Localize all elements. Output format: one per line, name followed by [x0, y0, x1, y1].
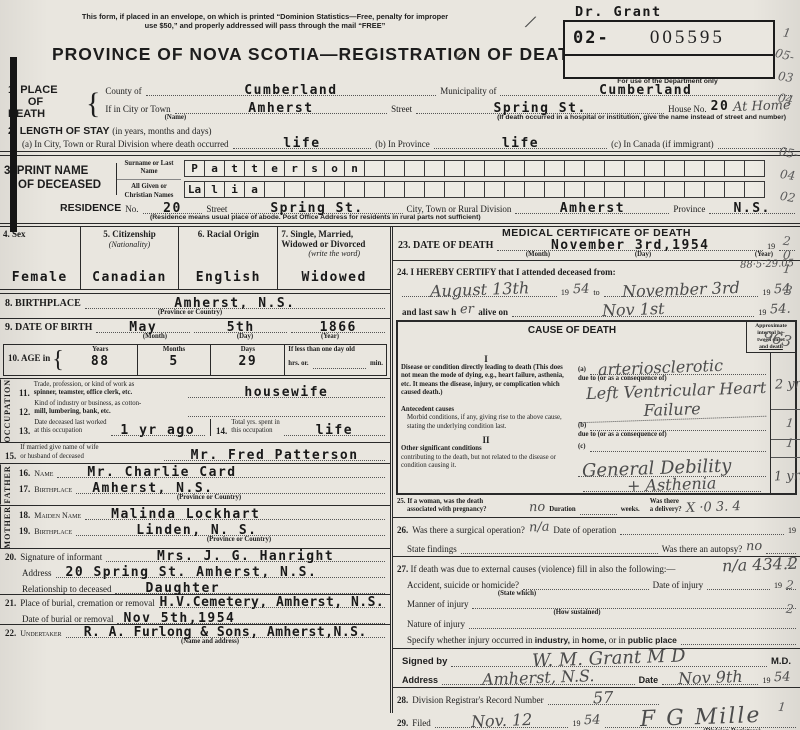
external-causes-section: 27. If death was due to external causes …: [393, 559, 800, 645]
specify-2: industry,: [535, 635, 570, 645]
state-which-hint: (State which): [457, 590, 577, 598]
y19-print: 19: [767, 242, 775, 251]
antecedent-label-2: Morbid conditions, if any, giving rise t…: [401, 414, 571, 431]
birthplace-label: Birthplace: [15, 298, 81, 309]
min-label: min.: [370, 360, 383, 368]
cause-a-value: arteriosclerotic: [598, 358, 724, 378]
medical-column: MEDICAL CERTIFICATE OF DEATH 23. DATE OF…: [393, 227, 800, 713]
specify-4: home,: [582, 635, 607, 645]
s2b-value: life: [502, 137, 539, 150]
s8-number: 8.: [5, 298, 13, 309]
s15-row: 15. If married give name of wife or husb…: [0, 442, 390, 461]
dod-month-hint: (Month): [503, 251, 573, 259]
specify-6: public place: [628, 635, 677, 645]
years-value: 88: [64, 354, 137, 369]
operation-section: 26. Was there a surgical operation? n/a …: [393, 520, 800, 554]
municipality-label: Municipality of: [440, 86, 496, 96]
serial-number: 005595: [610, 27, 765, 49]
date-of-birth-row: 9. Date of Birth May 5th 1866: [0, 321, 390, 333]
pregnancy-answer: no: [529, 499, 546, 515]
letter-cell: i: [224, 181, 245, 198]
s18-number: 18.: [19, 510, 30, 520]
given-names-label: All Given or Christian Names: [117, 180, 181, 200]
surname-letter-grid: Patterson: [184, 160, 796, 177]
birthplace-value: Amherst, N.S.: [174, 297, 295, 310]
margin-scribble: 04: [777, 91, 795, 108]
father-group: FATHER 16. Name Mr. Charlie Card 17. Bir…: [0, 463, 390, 504]
residence-province-value: N.S.: [734, 202, 771, 215]
hospital-hint: (If death occurred in a hospital or inst…: [250, 114, 796, 122]
operation-date-label: Date of operation: [553, 525, 616, 535]
s20-number: 20.: [5, 552, 16, 562]
nature-label: Nature of injury: [407, 619, 465, 629]
form-header: This form, if placed in an envelope, on …: [0, 0, 800, 84]
interval-other-value: 1 yr.: [774, 468, 800, 484]
days-label: Days: [211, 346, 284, 354]
letter-cell: [384, 160, 405, 177]
y19-f: 19: [762, 676, 770, 685]
filed-date-value: Nov. 12: [471, 712, 533, 730]
less-than-day-label: If less than one day old: [288, 346, 383, 354]
letter-cell: t: [244, 160, 265, 177]
doctor-name: Dr. Grant: [575, 4, 662, 20]
s17-row: 17. Birthplace Amherst, N.S.: [14, 482, 390, 494]
residence-province-label: Province: [673, 204, 705, 214]
letter-cell: [584, 160, 605, 177]
s12-number: 12.: [19, 407, 30, 417]
autopsy-label: Was there an autopsy?: [662, 544, 743, 554]
s11-label-1: Trade, profession, or kind of work as: [34, 381, 135, 388]
cause-of-death-title: CAUSE OF DEATH: [398, 322, 746, 353]
letter-cell: e: [264, 160, 285, 177]
operation-answer: n/a: [529, 519, 550, 535]
mother-group: MOTHER 18. Maiden Name Malinda Lockhart …: [0, 505, 390, 548]
s19-row: 19. Birthplace Linden, N. S.: [14, 524, 390, 536]
burial-place-value: H.V.Cemetery, Amherst, N.S.: [159, 596, 384, 609]
maiden-name-label: Maiden Name: [34, 511, 81, 520]
letter-cell: [724, 160, 745, 177]
letter-cell: [744, 160, 765, 177]
due-to-hint-2: due to (or as a consequence of): [578, 431, 766, 439]
divider: [0, 289, 390, 294]
burial-section: 21. Place of burial, cremation or remova…: [0, 594, 390, 624]
letter-cell: [424, 160, 445, 177]
autopsy-answer: no: [746, 538, 763, 554]
last-saw-label-2: alive on: [478, 307, 508, 317]
section-length-of-stay: 2. LENGTH OF STAY (in years, months and …: [0, 124, 800, 151]
date-of-death-label: DATE OF DEATH: [413, 240, 493, 251]
delivery-label-2: a delivery?: [650, 506, 682, 513]
age-box: 10. AGE in { Years 88 Months 5 Days 29: [3, 344, 387, 376]
s1-label-1: PLACE: [20, 84, 57, 96]
margin-scribble: 03: [777, 69, 794, 85]
s11-row: 11. Trade, profession, or kind of work a…: [14, 381, 390, 398]
attended-from-value: August 13th: [430, 280, 530, 299]
signed-by-label: Signed by: [402, 656, 447, 667]
y19-a: 19: [561, 288, 569, 297]
months-value: 5: [138, 354, 211, 369]
record-number-label: Division Registrar's Record Number: [412, 695, 543, 705]
y19-g: 19: [572, 719, 580, 728]
disease-label: Disease or condition directly leading to…: [401, 364, 531, 371]
y19-c: 19: [758, 308, 766, 317]
physician-address-value: Amherst, N.S.: [482, 668, 595, 688]
s24-number: 24.: [397, 267, 408, 277]
s15-number: 15.: [5, 451, 16, 461]
letter-cell: r: [284, 160, 305, 177]
form-title: PROVINCE OF NOVA SCOTIA—REGISTRATION OF …: [52, 44, 583, 65]
s2a-label: (a) In City, Town or Rural Division wher…: [22, 139, 229, 149]
name-hint: (Name): [100, 114, 250, 122]
brace: {: [86, 84, 100, 124]
racial-origin-value: English: [196, 270, 261, 287]
letter-cell: [464, 160, 485, 177]
letter-cell: a: [204, 160, 225, 177]
margin-scribble: 1: [782, 262, 791, 277]
letter-cell: [484, 160, 505, 177]
residence-no-label: No.: [125, 204, 138, 214]
s2-paren: (in years, months and days): [112, 126, 211, 136]
age-label: AGE in: [21, 353, 50, 363]
margin-scribble: 0: [782, 248, 791, 263]
date-of-death-row: 23. DATE OF DEATH November 3rd,1954 19: [393, 239, 800, 251]
specify-5: or in: [607, 635, 628, 645]
informant-address-label: Address: [22, 568, 52, 578]
other-label-2: contributing to the death, but not relat…: [401, 454, 556, 469]
s6-number: 6.: [198, 229, 205, 239]
last-saw-label-1: and last saw h: [402, 307, 456, 317]
signed-date-value: Nov 9th: [678, 669, 743, 687]
letter-cell: [444, 181, 465, 198]
marital-label-2: Widowed or Divorced: [281, 239, 365, 249]
letter-cell: [684, 181, 705, 198]
s2a-value: life: [283, 137, 320, 150]
s10-number: 10.: [8, 353, 19, 363]
physician-address-label: Address: [402, 675, 438, 685]
her-handwritten: er: [460, 302, 474, 317]
letter-cell: [504, 181, 525, 198]
house-no-value: 20: [711, 99, 730, 114]
department-use-caption: For use of the Department only: [580, 78, 755, 86]
letter-cell: [484, 181, 505, 198]
how-sustained-hint: (How sustained): [517, 609, 637, 617]
residence-city-label: City, Town or Rural Division: [407, 204, 512, 214]
county-value: Cumberland: [244, 84, 337, 97]
informant-value: Mrs. J. G. Hanright: [157, 550, 334, 563]
certify-section: 24. I HEREBY CERTIFY that I attended dec…: [393, 261, 800, 318]
dod-hints: (Month) (Day) (Year): [393, 251, 800, 259]
letter-cell: [424, 181, 445, 198]
accident-label: Accident, suicide or homicide?: [407, 580, 519, 590]
death-certificate-form: This form, if placed in an envelope, on …: [0, 0, 800, 730]
father-side-label: FATHER: [0, 464, 14, 504]
letter-cell: [324, 181, 345, 198]
signed-year: 54: [774, 669, 791, 685]
letter-cell: t: [224, 160, 245, 177]
residence-row: RESIDENCE No. 20 Street Spring St. City,…: [0, 202, 800, 214]
letter-cell: [564, 181, 585, 198]
total-years-value: life: [316, 424, 353, 437]
y19-e: 19: [774, 581, 782, 590]
surname-label: Surname or Last Name: [117, 158, 181, 181]
s22-number: 22.: [5, 628, 16, 638]
s16-number: 16.: [19, 468, 30, 478]
last-saw-date: Nov 1st: [602, 301, 665, 319]
s11-label-2: spinner, teamster, office clerk, etc.: [34, 389, 132, 396]
s3-label-2: OF DECEASED: [4, 179, 101, 191]
s4-number: 4.: [3, 229, 10, 239]
informant-section: 20. Signature of informant Mrs. J. G. Ha…: [0, 548, 390, 594]
to-label: to: [593, 288, 599, 297]
hrs-label: hrs. or.: [288, 360, 308, 368]
mother-side-label: MOTHER: [0, 506, 14, 548]
filed-year: 54: [584, 712, 601, 728]
years-label: Years: [64, 346, 137, 354]
operation-q: Was there a surgical operation?: [412, 525, 525, 535]
s14-label-1: Total yrs. spent in: [231, 419, 280, 426]
marital-paren: (write the word): [281, 249, 387, 258]
days-value: 29: [211, 354, 284, 369]
letter-cell: [344, 181, 365, 198]
letter-cell: [724, 181, 745, 198]
racial-origin-label: Racial Origin: [207, 229, 259, 239]
s13-label-1: Date deceased last worked: [34, 419, 106, 426]
letter-cell: [404, 160, 425, 177]
citizenship-paren: (Nationality): [109, 240, 150, 249]
letter-cell: [644, 181, 665, 198]
pregnancy-q1: If a woman, was the death: [407, 498, 483, 505]
margin-scribble: 2: [785, 602, 794, 617]
injury-date-label: Date of injury: [653, 580, 703, 590]
findings-label: State findings: [407, 544, 457, 554]
occupation-side-label: OCCUPATION: [0, 379, 14, 442]
father-birthplace-label: Birthplace: [34, 485, 72, 494]
s12-label-2: mill, lumbering, bank, etc.: [34, 408, 110, 415]
s14-label-2: this occupation: [231, 427, 272, 434]
margin-scribble: 1: [785, 436, 794, 451]
street-label: Street: [391, 104, 412, 114]
marital-label-1: Single, Married,: [290, 229, 353, 239]
sex-citizenship-row: 4. Sex Female 5. Citizenship (Nationalit…: [0, 227, 390, 289]
letter-cell: [744, 181, 765, 198]
other-significant-value-2: + Asthenia: [627, 475, 717, 494]
marital-value: Widowed: [302, 270, 367, 287]
y19-b: 19: [762, 288, 770, 297]
antecedent-label-1: Antecedent causes: [401, 406, 454, 413]
s28-number: 28.: [397, 695, 408, 705]
letter-cell: [704, 181, 725, 198]
letter-cell: [624, 160, 645, 177]
s7-number: 7.: [281, 229, 288, 239]
last-saw-year: 54.: [770, 302, 791, 318]
citizenship-label: Citizenship: [112, 229, 156, 239]
letter-cell: [544, 160, 565, 177]
form-body-columns: 4. Sex Female 5. Citizenship (Nationalit…: [0, 227, 800, 713]
personal-column: 4. Sex Female 5. Citizenship (Nationalit…: [0, 227, 393, 713]
weeks-label: weeks.: [621, 506, 640, 514]
house-no-label: House No.: [668, 104, 707, 114]
other-label-1: Other significant conditions: [401, 445, 482, 452]
dob-label: Date of Birth: [15, 322, 92, 333]
letter-cell: [364, 181, 385, 198]
trade-value: housewife: [244, 386, 328, 399]
residence-city-value: Amherst: [560, 202, 625, 215]
residence-street-label: Street: [206, 204, 227, 214]
letter-cell: [664, 181, 685, 198]
s27-number: 27.: [397, 564, 408, 574]
s15-label-2: or husband of deceased: [20, 453, 84, 460]
letter-cell: a: [244, 181, 265, 198]
s11-number: 11.: [19, 388, 30, 398]
maiden-name-value: Malinda Lockhart: [111, 508, 260, 521]
letter-cell: o: [324, 160, 345, 177]
s2-label: LENGTH OF STAY: [20, 125, 110, 137]
record-number-value: 57: [593, 689, 614, 706]
delivery-answer: X ·0 3. 4: [685, 499, 740, 516]
s2b-label: (b) In Province: [375, 139, 429, 149]
undertaker-section: 22. Undertaker R. A. Furlong & Sons, Amh…: [0, 624, 390, 646]
margin-scribble: 04: [779, 167, 796, 183]
s23-number: 23.: [398, 240, 411, 251]
s12-row: 12. Kind of industry or business, as cot…: [14, 400, 390, 417]
informant-address-value: 20 Spring St. Amherst, N.S.: [66, 566, 318, 579]
letter-cell: [624, 181, 645, 198]
letter-cell: [604, 160, 625, 177]
external-causes-header: If death was due to external causes (vio…: [411, 564, 676, 574]
margin-scribble: 1: [785, 555, 794, 570]
letter-cell: [284, 181, 305, 198]
s5-number: 5.: [103, 229, 110, 239]
year-hint: (Year): [290, 333, 370, 341]
letter-cell: [644, 160, 665, 177]
mother-birthplace-label: Birthplace: [34, 527, 72, 536]
undertaker-label: Undertaker: [20, 629, 61, 638]
letter-cell: s: [304, 160, 325, 177]
s17-number: 17.: [19, 484, 30, 494]
months-label: Months: [138, 346, 211, 354]
s14-number: 14.: [216, 426, 227, 436]
registrar-section: 28. Division Registrar's Record Number 5…: [393, 690, 800, 730]
city-town-label: If in City or Town: [105, 104, 170, 114]
burial-date-value: Nov 5th,1954: [123, 612, 235, 625]
s16-row: 16. Name Mr. Charlie Card: [14, 466, 390, 478]
father-name-value: Mr. Charlie Card: [87, 466, 236, 479]
letter-cell: [464, 181, 485, 198]
delivery-label-1: Was there: [650, 498, 679, 505]
s12-label-1: Kind of industry or business, as cotton-: [34, 400, 141, 407]
letter-cell: [444, 160, 465, 177]
roman-I: I: [401, 354, 571, 364]
letter-cell: [524, 181, 545, 198]
county-label: County of: [105, 86, 141, 96]
mother-birthplace-value: Linden, N. S.: [136, 524, 257, 537]
letter-cell: l: [204, 181, 225, 198]
signed-date-label: Date: [639, 675, 659, 685]
c-label: (c): [578, 443, 586, 451]
interval-a-value: 2 yrs: [775, 376, 800, 392]
relationship-label: Relationship to deceased: [22, 584, 111, 594]
s13-s14-row: 13. Date deceased last worked at this oc…: [14, 419, 390, 436]
sex-value: Female: [12, 270, 68, 287]
registrar-signature: F G Mille: [639, 705, 761, 730]
b-label: (b): [578, 422, 586, 430]
margin-scribble: 2: [782, 234, 791, 249]
letter-cell: [704, 160, 725, 177]
residence-hint: (Residence means usual place of abode. P…: [0, 214, 800, 222]
letter-cell: [684, 160, 705, 177]
margin-scribble: 1: [777, 700, 786, 715]
letter-cell: P: [184, 160, 205, 177]
md-label: M.D.: [771, 656, 791, 667]
s3-label-1: PRINT NAME: [17, 165, 89, 177]
letter-cell: [664, 160, 685, 177]
section-print-name: 3. PRINT NAME OF DECEASED Surname or Las…: [0, 156, 800, 203]
letter-cell: [544, 181, 565, 198]
dod-day-hint: (Day): [573, 251, 713, 259]
registration-number-box: 02- 005595: [563, 20, 775, 79]
serial-prefix: 02-: [573, 28, 610, 48]
pregnancy-q2: associated with pregnancy?: [397, 506, 487, 513]
pregnancy-section: 25. If a woman, was the death associated…: [393, 498, 800, 515]
s19-number: 19.: [19, 526, 30, 536]
letter-cell: [564, 160, 585, 177]
certify-label: I HEREBY CERTIFY that I attended decease…: [411, 267, 616, 277]
last-worked-value: 1 yr ago: [120, 424, 195, 437]
birthplace-row: 8. Birthplace Amherst, N.S.: [0, 297, 390, 309]
letter-cell: [264, 181, 285, 198]
burial-place-label: Place of burial, cremation or removal: [20, 598, 154, 608]
margin-scribble: 02: [779, 189, 796, 205]
specify-1: Specify whether injury occurred in: [407, 635, 535, 645]
letter-cell: [584, 181, 605, 198]
s2c-label: (c) In Canada (if immigrant): [611, 139, 713, 149]
s21-number: 21.: [5, 598, 16, 608]
letter-cell: [304, 181, 325, 198]
cause-of-death-box: CAUSE OF DEATH Approximate interval be- …: [396, 320, 797, 495]
a-label: (a): [578, 366, 586, 374]
filed-label: Filed: [412, 718, 431, 728]
s25-number: 25.: [397, 498, 406, 505]
divider: [393, 517, 800, 518]
s13-number: 13.: [19, 426, 30, 436]
s26-number: 26.: [397, 525, 408, 535]
divider: [0, 318, 390, 319]
informant-label: Signature of informant: [20, 552, 102, 562]
letter-cell: n: [344, 160, 365, 177]
margin-scribble: 1: [785, 416, 794, 431]
letter-cell: [524, 160, 545, 177]
s15-label-1: If married give name of wife: [20, 444, 98, 451]
attended-to-value: November 3rd: [622, 280, 740, 300]
mailing-note-line2: use $50,” and properly addressed will pa…: [60, 21, 470, 30]
specify-3: in: [570, 635, 582, 645]
signature-section: Signed by W. M. Grant M D M.D. Address A…: [393, 650, 800, 685]
attended-from-year: 54: [573, 282, 590, 298]
letter-cell: [364, 160, 385, 177]
residence-label: RESIDENCE: [60, 202, 121, 214]
section-place-of-death: 1. PLACE OF DEATH { County of Cumberland…: [0, 84, 800, 124]
spouse-value: Mr. Fred Patterson: [191, 449, 359, 462]
mailing-note-line1: This form, if placed in an envelope, on …: [60, 12, 470, 21]
given-name-letter-grid: Lalia: [184, 181, 796, 198]
citizenship-value: Canadian: [92, 270, 167, 287]
letter-cell: [604, 181, 625, 198]
roman-II: II: [401, 435, 571, 445]
brace: {: [52, 345, 64, 375]
letter-cell: [504, 160, 525, 177]
relationship-value: Daughter: [145, 582, 220, 595]
margin-scribble: 2: [785, 578, 794, 593]
